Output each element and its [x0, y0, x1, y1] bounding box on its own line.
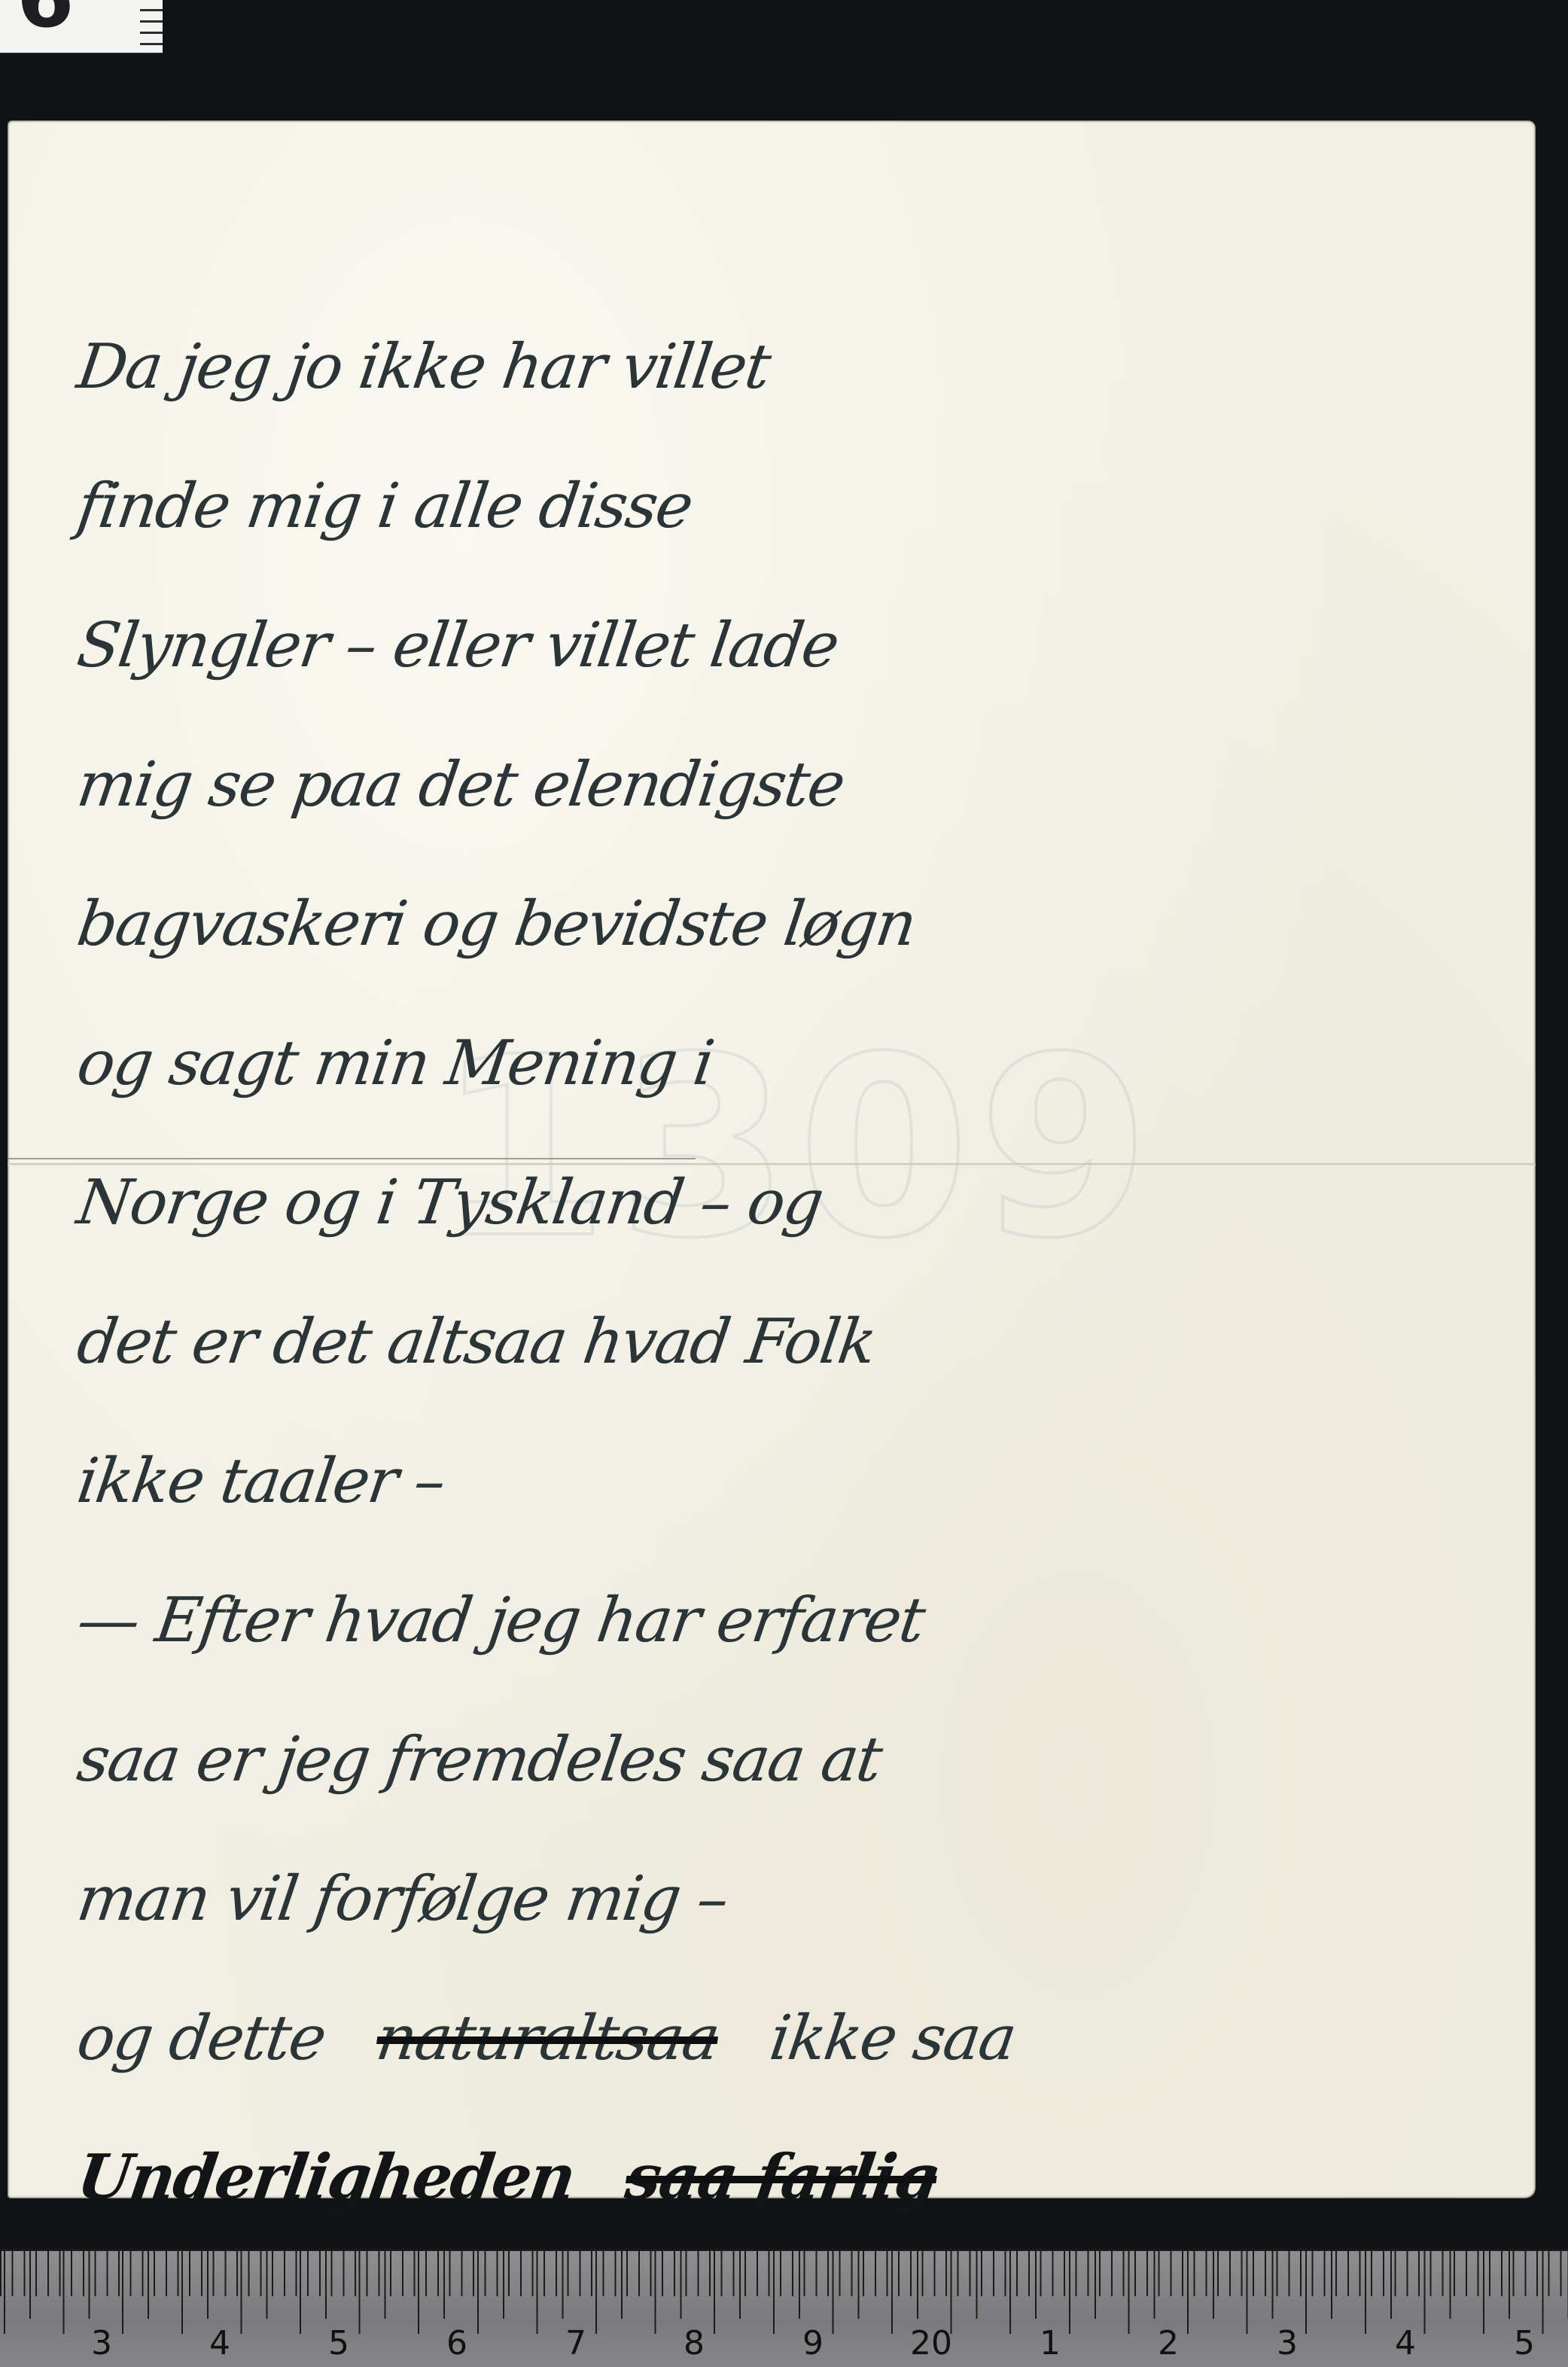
- text-line-3: Slyngler – eller villet lade: [73, 542, 1425, 681]
- ruler-number: 4: [1395, 2324, 1416, 2362]
- text-line-9: ikke taaler –: [73, 1378, 1425, 1517]
- ruler-number: 3: [1277, 2324, 1298, 2362]
- ruler-number: 9: [802, 2324, 824, 2362]
- ruler-number: 8: [684, 2324, 705, 2362]
- measuring-ruler: 34567892012345: [0, 2249, 1568, 2367]
- line-13-pre: og dette: [73, 2003, 330, 2074]
- handwritten-text: Da jeg jo ikke har villet finde mig i al…: [83, 264, 1415, 2213]
- text-line-6: og sagt min Mening i: [73, 960, 1425, 1099]
- text-line-5: bagvaskeri og bevidste løgn: [73, 821, 1425, 960]
- text-line-7: Norge og i Tyskland – og: [73, 1099, 1425, 1238]
- ruler-cm-ticks: [0, 2251, 1568, 2334]
- text-line-13: og dette naturaltsaa ikke saa: [73, 1935, 1425, 2074]
- ruler-number: 3: [91, 2324, 112, 2362]
- ruler-number: 5: [1514, 2324, 1535, 2362]
- line-13-post: ikke saa: [766, 2003, 1019, 2074]
- letter-page: 1309 Da jeg jo ikke har villet finde mig…: [8, 120, 1536, 2198]
- text-line-11: saa er jeg fremdeles saa at: [73, 1656, 1425, 1796]
- struck-word: saa farlig: [621, 2141, 942, 2213]
- ruler-number: 2: [1158, 2324, 1179, 2362]
- ruler-number: 6: [446, 2324, 467, 2362]
- text-line-4: mig se paa det elendigste: [73, 681, 1425, 821]
- text-line-1: Da jeg jo ikke har villet: [73, 264, 1425, 403]
- ruler-number: 7: [565, 2324, 586, 2362]
- corner-ruler-fragment: 6: [0, 0, 163, 54]
- ruler-ticks: [140, 0, 163, 53]
- text-line-10: — Efter hvad jeg har erfaret: [73, 1517, 1425, 1656]
- ruler-number: 5: [328, 2324, 349, 2362]
- text-line-8: det er det altsaa hvad Folk: [73, 1238, 1425, 1378]
- struck-word: naturaltsaa: [372, 2003, 723, 2074]
- text-line-14: Underligheden saa farlig: [73, 2074, 1425, 2213]
- ruler-number: 20: [910, 2324, 952, 2362]
- ruler-number: 4: [209, 2324, 230, 2362]
- ruler-number: 1: [1040, 2324, 1061, 2362]
- ruler-digit: 6: [17, 0, 75, 39]
- text-line-12: man vil forfølge mig –: [73, 1796, 1425, 1935]
- text-line-2: finde mig i alle disse: [73, 403, 1425, 542]
- line-14-pre: Underligheden: [73, 2141, 579, 2213]
